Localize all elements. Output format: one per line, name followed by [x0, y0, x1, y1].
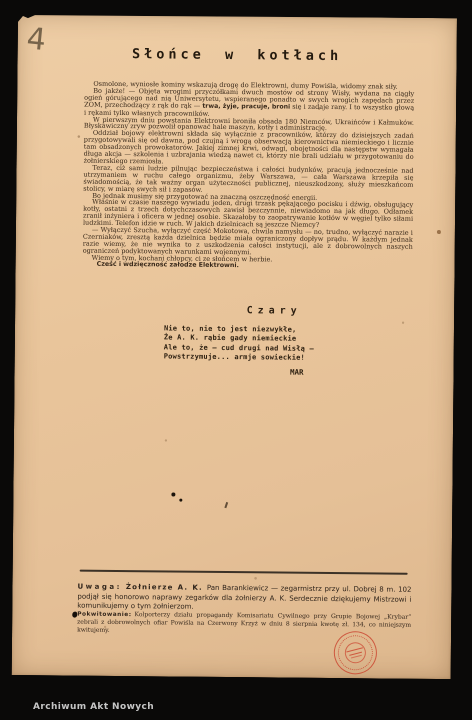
poem-signature: MAR [164, 366, 336, 377]
ink-scratch [224, 502, 227, 508]
article-paragraph: Bo jakże! — Objęta wrogimi przyczółkami … [84, 88, 414, 120]
poem-line: Powstrzymuje... armje sowieckie! [164, 353, 336, 364]
article-paragraph: Oddział bojowy elektrowni składa się wył… [84, 130, 414, 168]
pokwitowanie-label: Pokwitowanie: [77, 612, 131, 619]
paper-speck [437, 230, 441, 234]
uwaga-notice: Uwaga:Żołnierze A. K.Pan Barankiewicz — … [77, 583, 411, 615]
ink-dot [179, 499, 182, 502]
article-emphasis: trwa, żyje, pracuje, broni [202, 102, 290, 110]
paper-sheet: 4 Słońce w kotłach Osmolone, wyniosłe ko… [12, 14, 457, 679]
poem-title: Czary [164, 304, 336, 317]
leaflet-title: Słońce w kotłach [18, 45, 457, 65]
archive-watermark: Archiwum Akt Nowych [33, 702, 154, 712]
divider-rule [80, 570, 408, 575]
photo-background: 4 Słońce w kotłach Osmolone, wyniosłe ko… [0, 0, 472, 720]
ink-dot [171, 492, 175, 496]
article-paragraph: — Wyłączyć Szucha, wyłączyć część Mokoto… [83, 227, 413, 258]
article-paragraph: Teraz, ciż sami ludzie pilnując bezpiecz… [83, 165, 413, 196]
article-text: Osmolone, wyniosłe kominy wskazują drogę… [83, 81, 415, 272]
uwaga-label: Uwaga: [77, 583, 121, 591]
poem-section: Czary Nie to, nie to jest niezwykłe, Że … [164, 304, 337, 376]
uwaga-addressee: Żołnierze A. K. [126, 583, 203, 592]
